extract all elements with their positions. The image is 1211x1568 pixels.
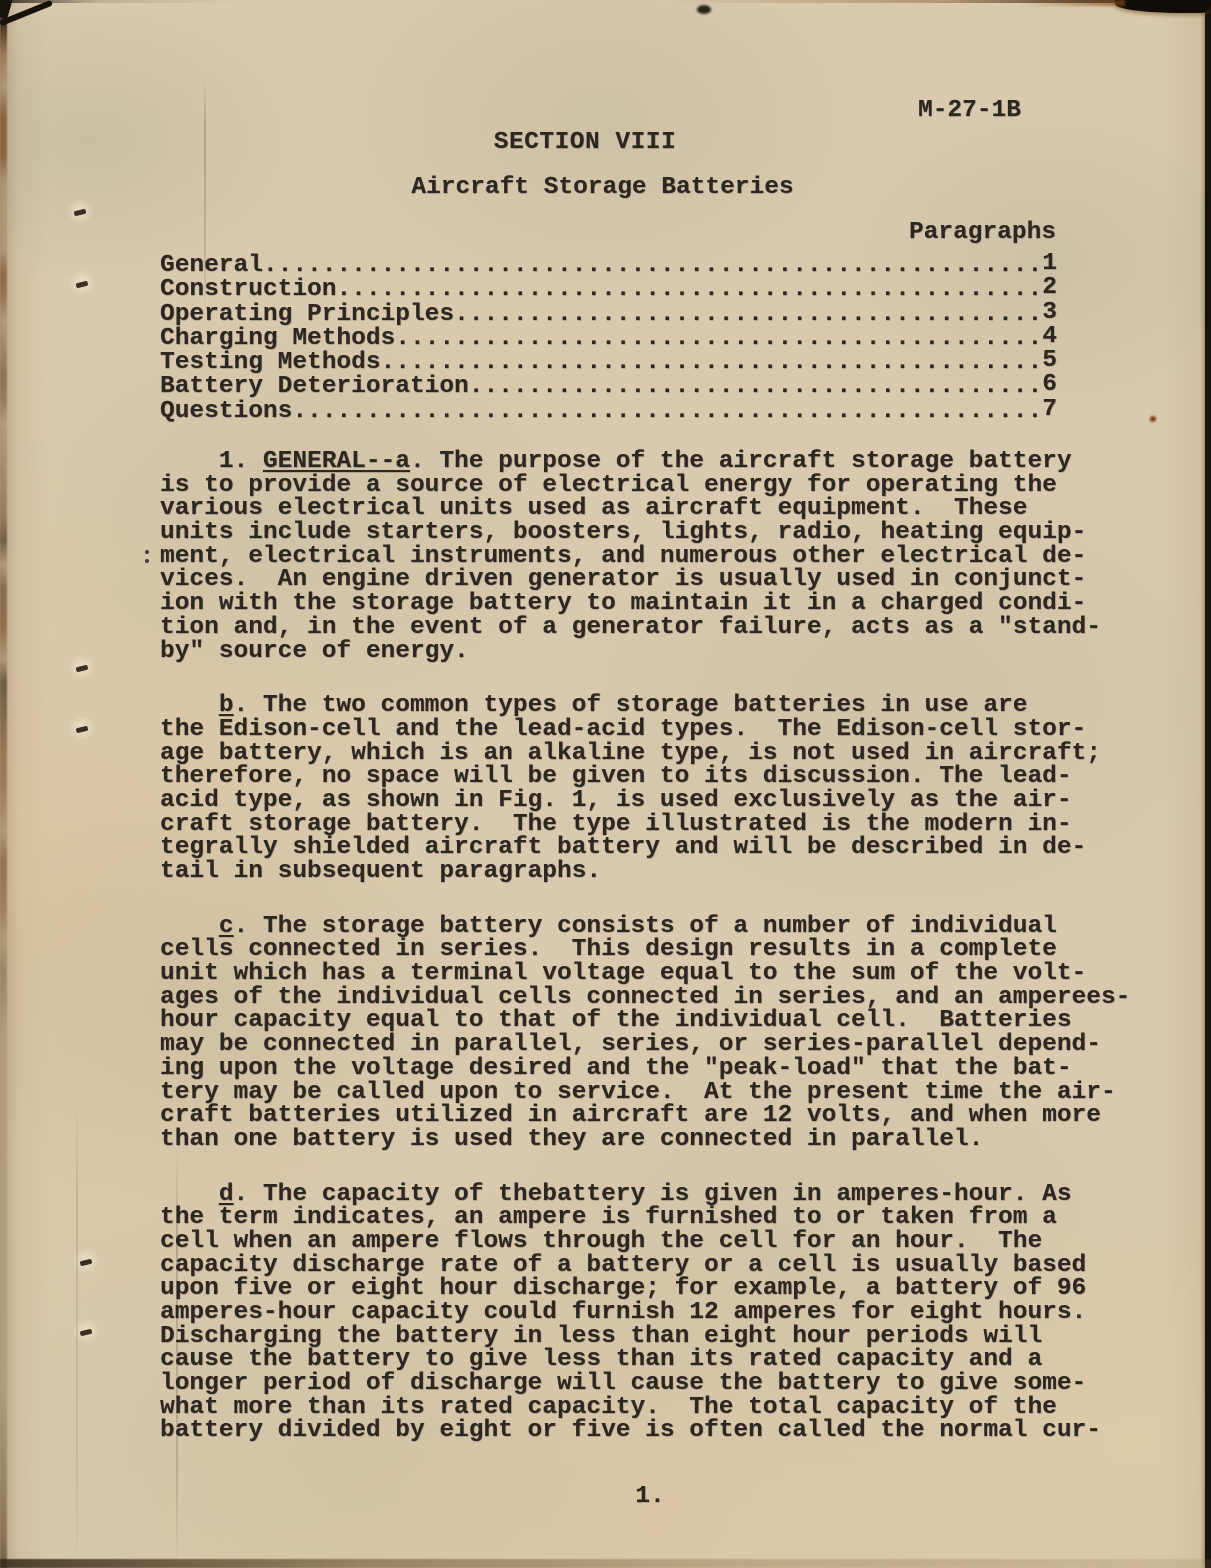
text-line: various electrical units used as aircraf… [160,497,1165,521]
text-line: than one battery is used they are connec… [160,1128,1165,1152]
toc-page-number: 2 [1042,276,1057,300]
toc-page-number: 7 [1042,398,1057,422]
paragraph-general: 1. GENERAL--a. The purpose of the aircra… [160,450,1165,663]
text-line: upon five or eight hour discharge; for e… [160,1277,1165,1301]
toc-page-number: 5 [1042,349,1057,373]
toc-row: Charging Methods........................… [160,327,1057,351]
text-line: tion and, in the event of a generator fa… [160,616,1165,640]
text-line: b. The two common types of storage batte… [160,694,1165,718]
text-line: longer period of discharge will cause th… [160,1372,1165,1396]
toc-row: Construction............................… [160,278,1057,302]
toc-row: Operating Principles....................… [160,303,1057,327]
toc-leader-dots: ........................................… [292,400,1042,424]
paragraph-d: d. The capacity of thebattery is given i… [160,1183,1165,1444]
toc-row: General.................................… [160,254,1057,278]
text-line: acid type, as shown in Fig. 1, is used e… [160,789,1165,813]
toc-leader-dots: ........................................… [381,351,1043,375]
toc-page-number: 1 [1042,252,1057,276]
text-line: cells connected in series. This design r… [160,938,1165,962]
text-line: vices. An engine driven generator is usu… [160,568,1165,592]
toc-leader-dots: ........................................… [395,327,1042,351]
text-line: c. The storage battery consists of a num… [160,915,1165,939]
toc-label: Testing Methods [160,351,381,375]
text-line: therefore, no space will be given to its… [160,765,1165,789]
toc-leader-dots: ........................................… [263,254,1042,278]
text-line: unit which has a terminal voltage equal … [160,962,1165,986]
page-sheet: M-27-1B SECTION VIII Aircraft Storage Ba… [0,0,1211,1568]
text-line: craft storage battery. The type illustra… [160,813,1165,837]
text-line: cause the battery to give less than its … [160,1348,1165,1372]
paragraph-head: GENERAL--a [263,448,410,475]
text-line: amperes-hour capacity could furnish 12 a… [160,1301,1165,1325]
text-line: battery divided by eight or five is ofte… [160,1419,1165,1443]
toc-page-number: 3 [1042,301,1057,325]
text-line: the Edison-cell and the lead-acid types.… [160,718,1165,742]
toc-list: General.................................… [160,254,1057,424]
text-line: d. The capacity of thebattery is given i… [160,1183,1165,1207]
toc-row: Questions...............................… [160,400,1057,424]
toc-leader-dots: ........................................… [454,303,1042,327]
text-line: ing upon the voltage desired and the "pe… [160,1057,1165,1081]
section-title: SECTION VIII [0,130,1170,156]
text-line: cell when an ampere flows through the ce… [160,1230,1165,1254]
text-line: what more than its rated capacity. The t… [160,1396,1165,1420]
text-line: units include starters, boosters, lights… [160,521,1165,545]
toc-page-number: 6 [1042,373,1057,397]
doc-title: Aircraft Storage Batteries [0,175,1205,201]
text-line: tery may be called upon to service. At t… [160,1081,1165,1105]
typewritten-content: M-27-1B SECTION VIII Aircraft Storage Ba… [0,0,1211,1568]
toc-page-number: 4 [1042,325,1057,349]
text-line: capacity discharge rate of a battery or … [160,1254,1165,1278]
toc-leader-dots: ........................................… [336,278,1042,302]
page-number: 1. [160,1484,1140,1510]
text-line: craft batteries utilized in aircraft are… [160,1104,1165,1128]
toc-leader-dots: ........................................… [469,375,1043,399]
toc-label: General [160,254,263,278]
toc-label: Operating Principles [160,303,454,327]
text-line: the term indicates, an ampere is furnish… [160,1206,1165,1230]
text-line: by" source of energy. [160,640,1165,664]
text-line: is to provide a source of electrical ene… [160,474,1165,498]
paragraph-b: b. The two common types of storage batte… [160,694,1165,884]
doc-code: M-27-1B [918,98,1021,124]
paragraph-c: c. The storage battery consists of a num… [160,915,1165,1152]
toc-label: Construction [160,278,336,302]
text-line: hour capacity equal to that of the indiv… [160,1009,1165,1033]
text-line: may be connected in parallel, series, or… [160,1033,1165,1057]
text-line: ages of the individual cells connected i… [160,986,1165,1010]
text-line: tail in subsequent paragraphs. [160,860,1165,884]
text-line: ment, electrical instruments, and numero… [160,545,1165,569]
text-line: age battery, which is an alkaline type, … [160,742,1165,766]
toc-label: Questions [160,400,292,424]
toc-row: Testing Methods.........................… [160,351,1057,375]
text-line: Discharging the battery in less than eig… [160,1325,1165,1349]
toc-label: Charging Methods [160,327,395,351]
text-line: 1. GENERAL--a. The purpose of the aircra… [160,450,1165,474]
toc-label: Battery Deterioration [160,375,469,399]
toc-row: Battery Deterioration...................… [160,375,1057,399]
toc-heading: Paragraphs [160,220,1056,246]
text-line: ion with the storage battery to maintain… [160,592,1165,616]
text-line: tegrally shielded aircraft battery and w… [160,836,1165,860]
body-paragraphs: 1. GENERAL--a. The purpose of the aircra… [160,450,1165,1474]
